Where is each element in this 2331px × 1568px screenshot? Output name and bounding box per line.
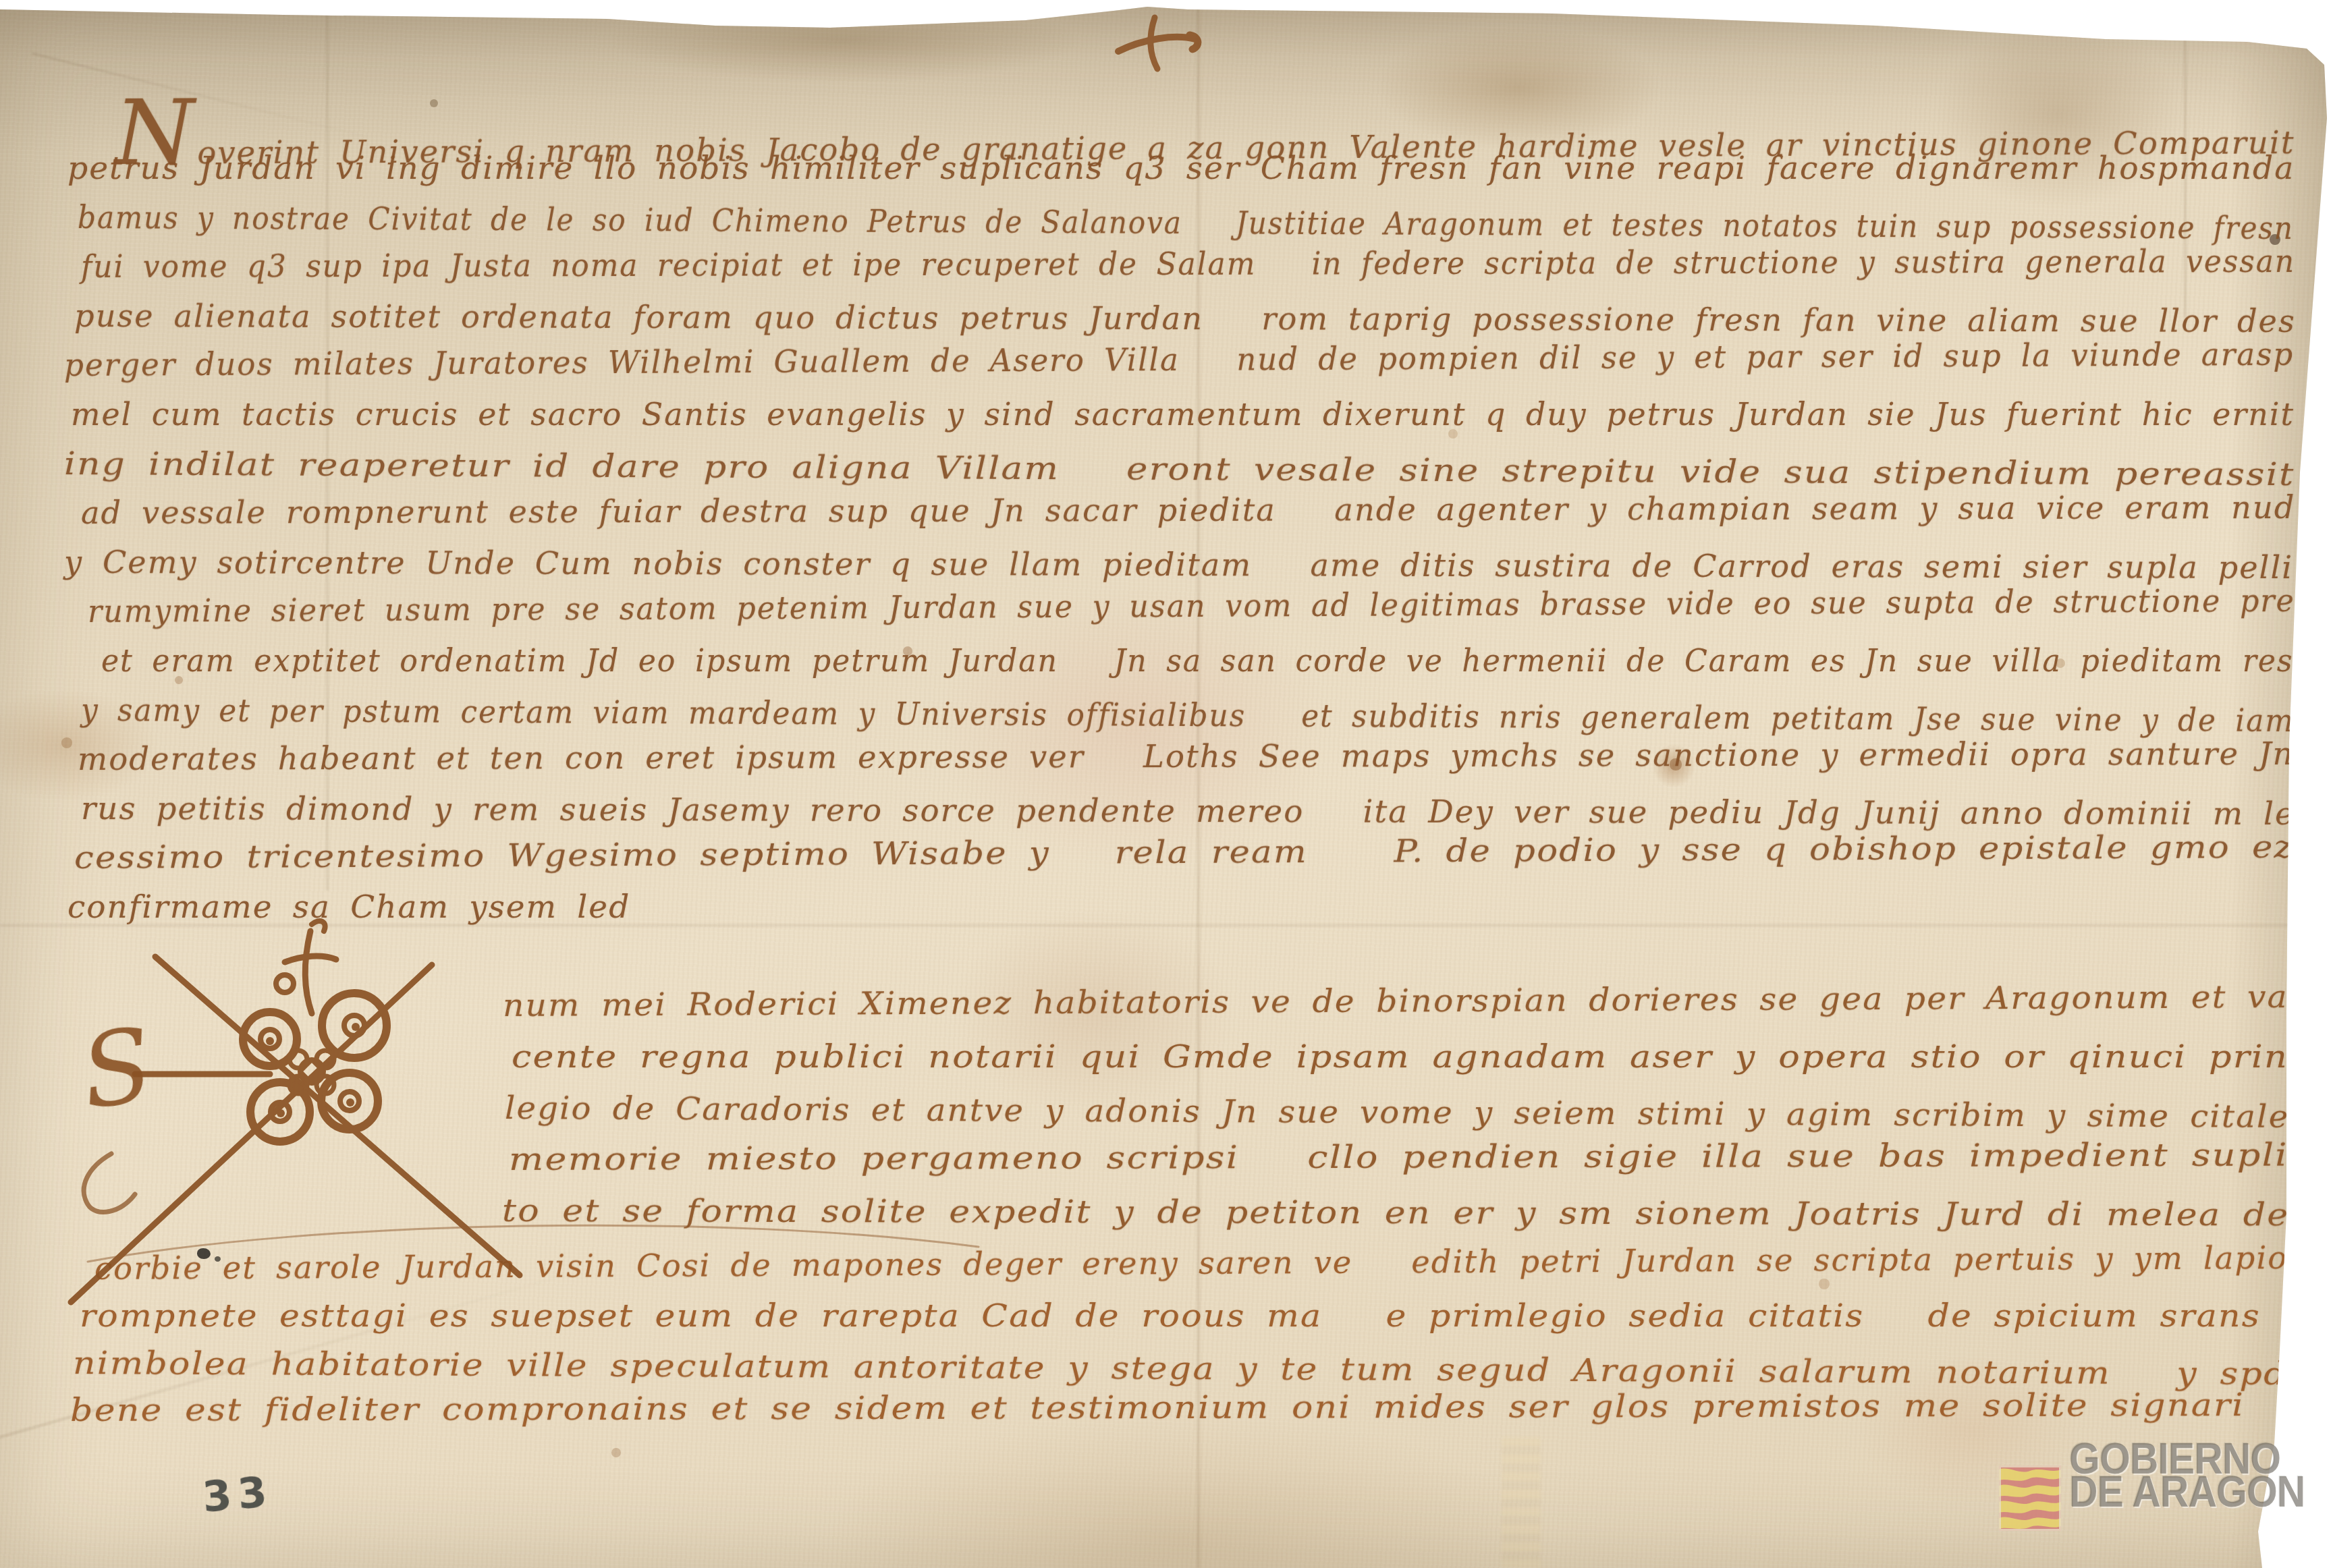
manuscript-line: ad vessale rompnerunt este fuiar destra … bbox=[81, 488, 2295, 533]
manuscript-line: mel cum tactis crucis et sacro Santis ev… bbox=[71, 395, 2295, 435]
manuscript-line: petrus Jurdan vi ing dimire llo nobis hi… bbox=[67, 149, 2295, 188]
manuscript-line: y samy et per pstum certam viam mardeam … bbox=[81, 691, 2295, 741]
parchment-sheet: Noverint Universi q nram nobis Jacobo de… bbox=[0, 0, 2331, 1568]
manuscript-line: bene est fideliter compronains et se sid… bbox=[70, 1386, 2245, 1430]
manuscript-line: bamus y nostrae Civitat de le so iud Chi… bbox=[78, 198, 2294, 248]
manuscript-line: rumymine sieret usum pre se satom peteni… bbox=[88, 582, 2295, 631]
manuscript-line: moderates habeant et ten con eret ipsum … bbox=[78, 735, 2295, 779]
manuscript-line: y Cemy sotircentre Unde Cum nobis conste… bbox=[64, 543, 2293, 588]
manuscript-line: ing indilat reaperetur id dare pro align… bbox=[64, 445, 2295, 495]
notarial-signum bbox=[47, 897, 992, 1343]
manuscript-line: puse alienata sotitet ordenata foram quo… bbox=[74, 297, 2296, 341]
manuscript-line: rus petitis dimond y rem sueis Jasemy re… bbox=[81, 789, 2295, 834]
manuscript-line: et eram exptitet ordenatim Jd eo ipsum p… bbox=[101, 642, 2293, 681]
invocation-cross-icon bbox=[1110, 11, 1205, 75]
ink-spots bbox=[0, 0, 4, 4]
show-through-marks bbox=[1502, 1437, 1541, 1568]
manuscript-line: fui vome q3 sup ipa Justa noma recipiat … bbox=[81, 242, 2295, 287]
ink-blot-small bbox=[215, 1256, 221, 1262]
scanned-document-page: Noverint Universi q nram nobis Jacobo de… bbox=[0, 0, 2331, 1568]
ink-blot bbox=[197, 1248, 211, 1259]
archive-number: 33 bbox=[200, 1467, 275, 1522]
manuscript-line: perger duos milates Juratores Wilhelmi G… bbox=[64, 335, 2294, 385]
manuscript-line: cessimo tricentesimo Wgesimo septimo Wis… bbox=[74, 828, 2294, 878]
